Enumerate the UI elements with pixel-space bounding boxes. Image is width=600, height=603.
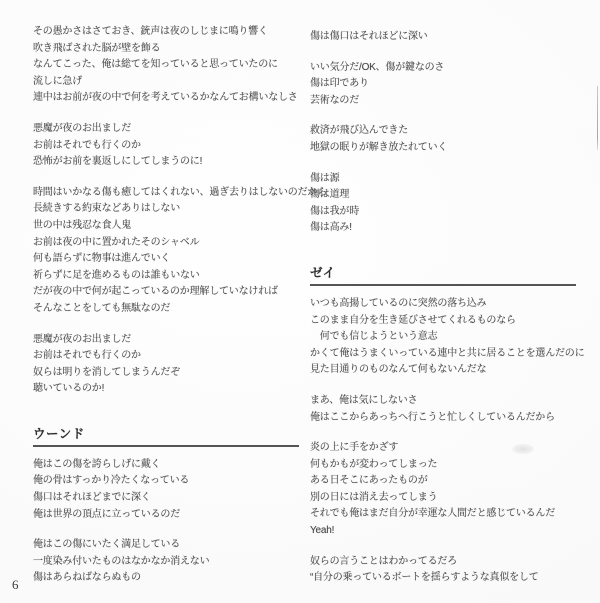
- lyric-stanza: ウーンド俺はこの傷を誇らしげに戴く俺の骨はすっかり冷たくなっている傷口はそれほど…: [33, 424, 299, 523]
- lyric-line: いい気分だ/OK、傷が鍵なのさ: [310, 60, 576, 77]
- lyric-stanza: 炎の上に手をかざす何もかもが変わってしまったある日そこにあったものが別の日には消…: [310, 440, 576, 540]
- lyric-line: 傷は傷口はそれほどに深い: [310, 29, 576, 46]
- song-title-heading: ゼイ: [310, 263, 576, 286]
- lyric-line: 芸術なのだ: [310, 93, 576, 110]
- lyric-line: 俺は世界の頂点に立っているのだ: [33, 507, 299, 524]
- booklet-page: その愚かさはさておき、銃声は夜のしじまに鳴り響く吹き飛ばされた脳が壁を飾るなんて…: [0, 0, 600, 603]
- lyric-stanza: いい気分だ/OK、傷が鍵なのさ傷は印であり芸術なのだ: [310, 60, 576, 110]
- lyric-line: 悪魔が夜のお出ましだ: [33, 121, 299, 138]
- lyrics-column-left: その愚かさはさておき、銃声は夜のしじまに鳴り響く吹き飛ばされた脳が壁を飾るなんて…: [33, 24, 299, 601]
- scan-artifact-line: [597, 86, 598, 150]
- lyric-stanza: 悪魔が夜のお出ましだお前はそれでも行くのか奴らは明りを消してしまうんだぞ聴いてい…: [33, 332, 299, 398]
- page-number: 6: [12, 577, 19, 593]
- lyric-line: 俺の骨はすっかり冷たくなっている: [33, 473, 299, 490]
- lyric-line: 奴らの言うことはわかってるだろ: [310, 554, 576, 571]
- lyric-line: ある日そこにあったものが: [310, 473, 576, 490]
- lyric-stanza: まあ、俺は気にしないさ俺はここからあっちへ行こうと忙しくしているんだから: [310, 393, 576, 426]
- lyric-line: 流しに急げ: [33, 74, 299, 91]
- lyric-line: 何もかもが変わってしまった: [310, 457, 576, 474]
- lyric-line: 吹き飛ばされた脳が壁を飾る: [33, 41, 299, 58]
- lyric-line: 聴いているのか!: [33, 381, 299, 398]
- lyric-line: 俺はこの傷を誇らしげに戴く: [33, 457, 299, 474]
- scan-smudge: [512, 444, 534, 454]
- lyric-line: お前はそれでも行くのか: [33, 138, 299, 155]
- lyrics-column-right: 傷は傷口はそれほどに深いいい気分だ/OK、傷が鍵なのさ傷は印であり芸術なのだ救済…: [310, 29, 576, 601]
- lyric-line: 炎の上に手をかざす: [310, 440, 576, 457]
- lyric-line: 救済が飛び込んできた: [310, 123, 576, 140]
- lyric-line: いつも高揚しているのに突然の落ち込み: [310, 296, 576, 313]
- lyric-stanza: 俺はこの傷にいたく満足している一度染み付いたものはなかなか消えない傷はあらねばな…: [33, 537, 299, 587]
- lyric-line: 奴らは明りを消してしまうんだぞ: [33, 365, 299, 382]
- lyric-line: かくて俺はうまくいっている連中と共に居ることを選んだのに: [310, 346, 576, 363]
- lyric-stanza: 奴らの言うことはわかってるだろ“自分の乗っているボートを揺らすような真似をして: [310, 554, 576, 587]
- song-title-heading: ウーンド: [33, 424, 299, 447]
- lyric-line: お前はそれでも行くのか: [33, 348, 299, 365]
- lyric-line: Yeah!: [310, 523, 576, 540]
- lyric-line: 何でも信じようという意志: [310, 329, 576, 346]
- lyric-line: 俺はこの傷にいたく満足している: [33, 537, 299, 554]
- lyric-line: その愚かさはさておき、銃声は夜のしじまに鳴り響く: [33, 24, 299, 41]
- lyric-line: 傷は源: [310, 171, 576, 188]
- lyric-stanza: 傷は源傷は道理傷は我が時傷は高み!: [310, 171, 576, 237]
- lyric-line: 連中はお前が夜の中で何を考えているかなんてお構いなしさ: [33, 90, 299, 107]
- lyric-line: 長続きする約束などありはしない: [33, 201, 299, 218]
- lyric-line: 傷はあらねばならぬもの: [33, 570, 299, 587]
- lyric-stanza: 時間はいかなる傷も癒してはくれない、過ぎ去りはしないのだから長続きする約束などあ…: [33, 185, 299, 318]
- lyric-line: 祈らずに足を進めるものは誰もいない: [33, 268, 299, 285]
- lyric-line: 何も語らずに物事は進んでいく: [33, 251, 299, 268]
- lyric-line: 傷は高み!: [310, 220, 576, 237]
- lyric-stanza: 悪魔が夜のお出ましだお前はそれでも行くのか恐怖がお前を裏返しにしてしまうのに!: [33, 121, 299, 171]
- lyric-line: 傷は道理: [310, 187, 576, 204]
- lyric-line: お前は夜の中に置かれたそのシャベル: [33, 235, 299, 252]
- lyric-line: まあ、俺は気にしないさ: [310, 393, 576, 410]
- lyric-line: 見た目通りのものなんて何もないんだな: [310, 362, 576, 379]
- lyric-stanza: その愚かさはさておき、銃声は夜のしじまに鳴り響く吹き飛ばされた脳が壁を飾るなんて…: [33, 24, 299, 107]
- lyric-line: それでも俺はまだ自分が幸運な人間だと感じているんだ: [310, 506, 576, 523]
- lyric-line: だが夜の中で何が起こっているのか理解していなければ: [33, 284, 299, 301]
- lyric-line: 恐怖がお前を裏返しにしてしまうのに!: [33, 154, 299, 171]
- lyric-line: 悪魔が夜のお出ましだ: [33, 332, 299, 349]
- lyric-line: 傷口はそれほどまでに深く: [33, 490, 299, 507]
- lyric-line: 別の日には消え去ってしまう: [310, 490, 576, 507]
- lyric-stanza: ゼイいつも高揚しているのに突然の落ち込みこのまま自分を生き延びさせてくれるものな…: [310, 263, 576, 379]
- lyric-stanza: 傷は傷口はそれほどに深い: [310, 29, 576, 46]
- lyric-line: 俺はここからあっちへ行こうと忙しくしているんだから: [310, 410, 576, 427]
- lyric-stanza: 救済が飛び込んできた地獄の眠りが解き放たれていく: [310, 123, 576, 156]
- lyric-line: なんてこった、俺は総てを知っていると思っていたのに: [33, 57, 299, 74]
- lyric-line: このまま自分を生き延びさせてくれるものなら: [310, 313, 576, 330]
- lyric-line: そんなことをしても無駄なのだ: [33, 301, 299, 318]
- lyric-line: 傷は我が時: [310, 204, 576, 221]
- lyric-line: “自分の乗っているボートを揺らすような真似をして: [310, 570, 576, 587]
- lyric-line: 地獄の眠りが解き放たれていく: [310, 140, 576, 157]
- lyric-line: 一度染み付いたものはなかなか消えない: [33, 554, 299, 571]
- lyric-line: 世の中は残忍な食人鬼: [33, 218, 299, 235]
- lyric-line: 時間はいかなる傷も癒してはくれない、過ぎ去りはしないのだから: [33, 185, 299, 202]
- lyric-line: 傷は印であり: [310, 76, 576, 93]
